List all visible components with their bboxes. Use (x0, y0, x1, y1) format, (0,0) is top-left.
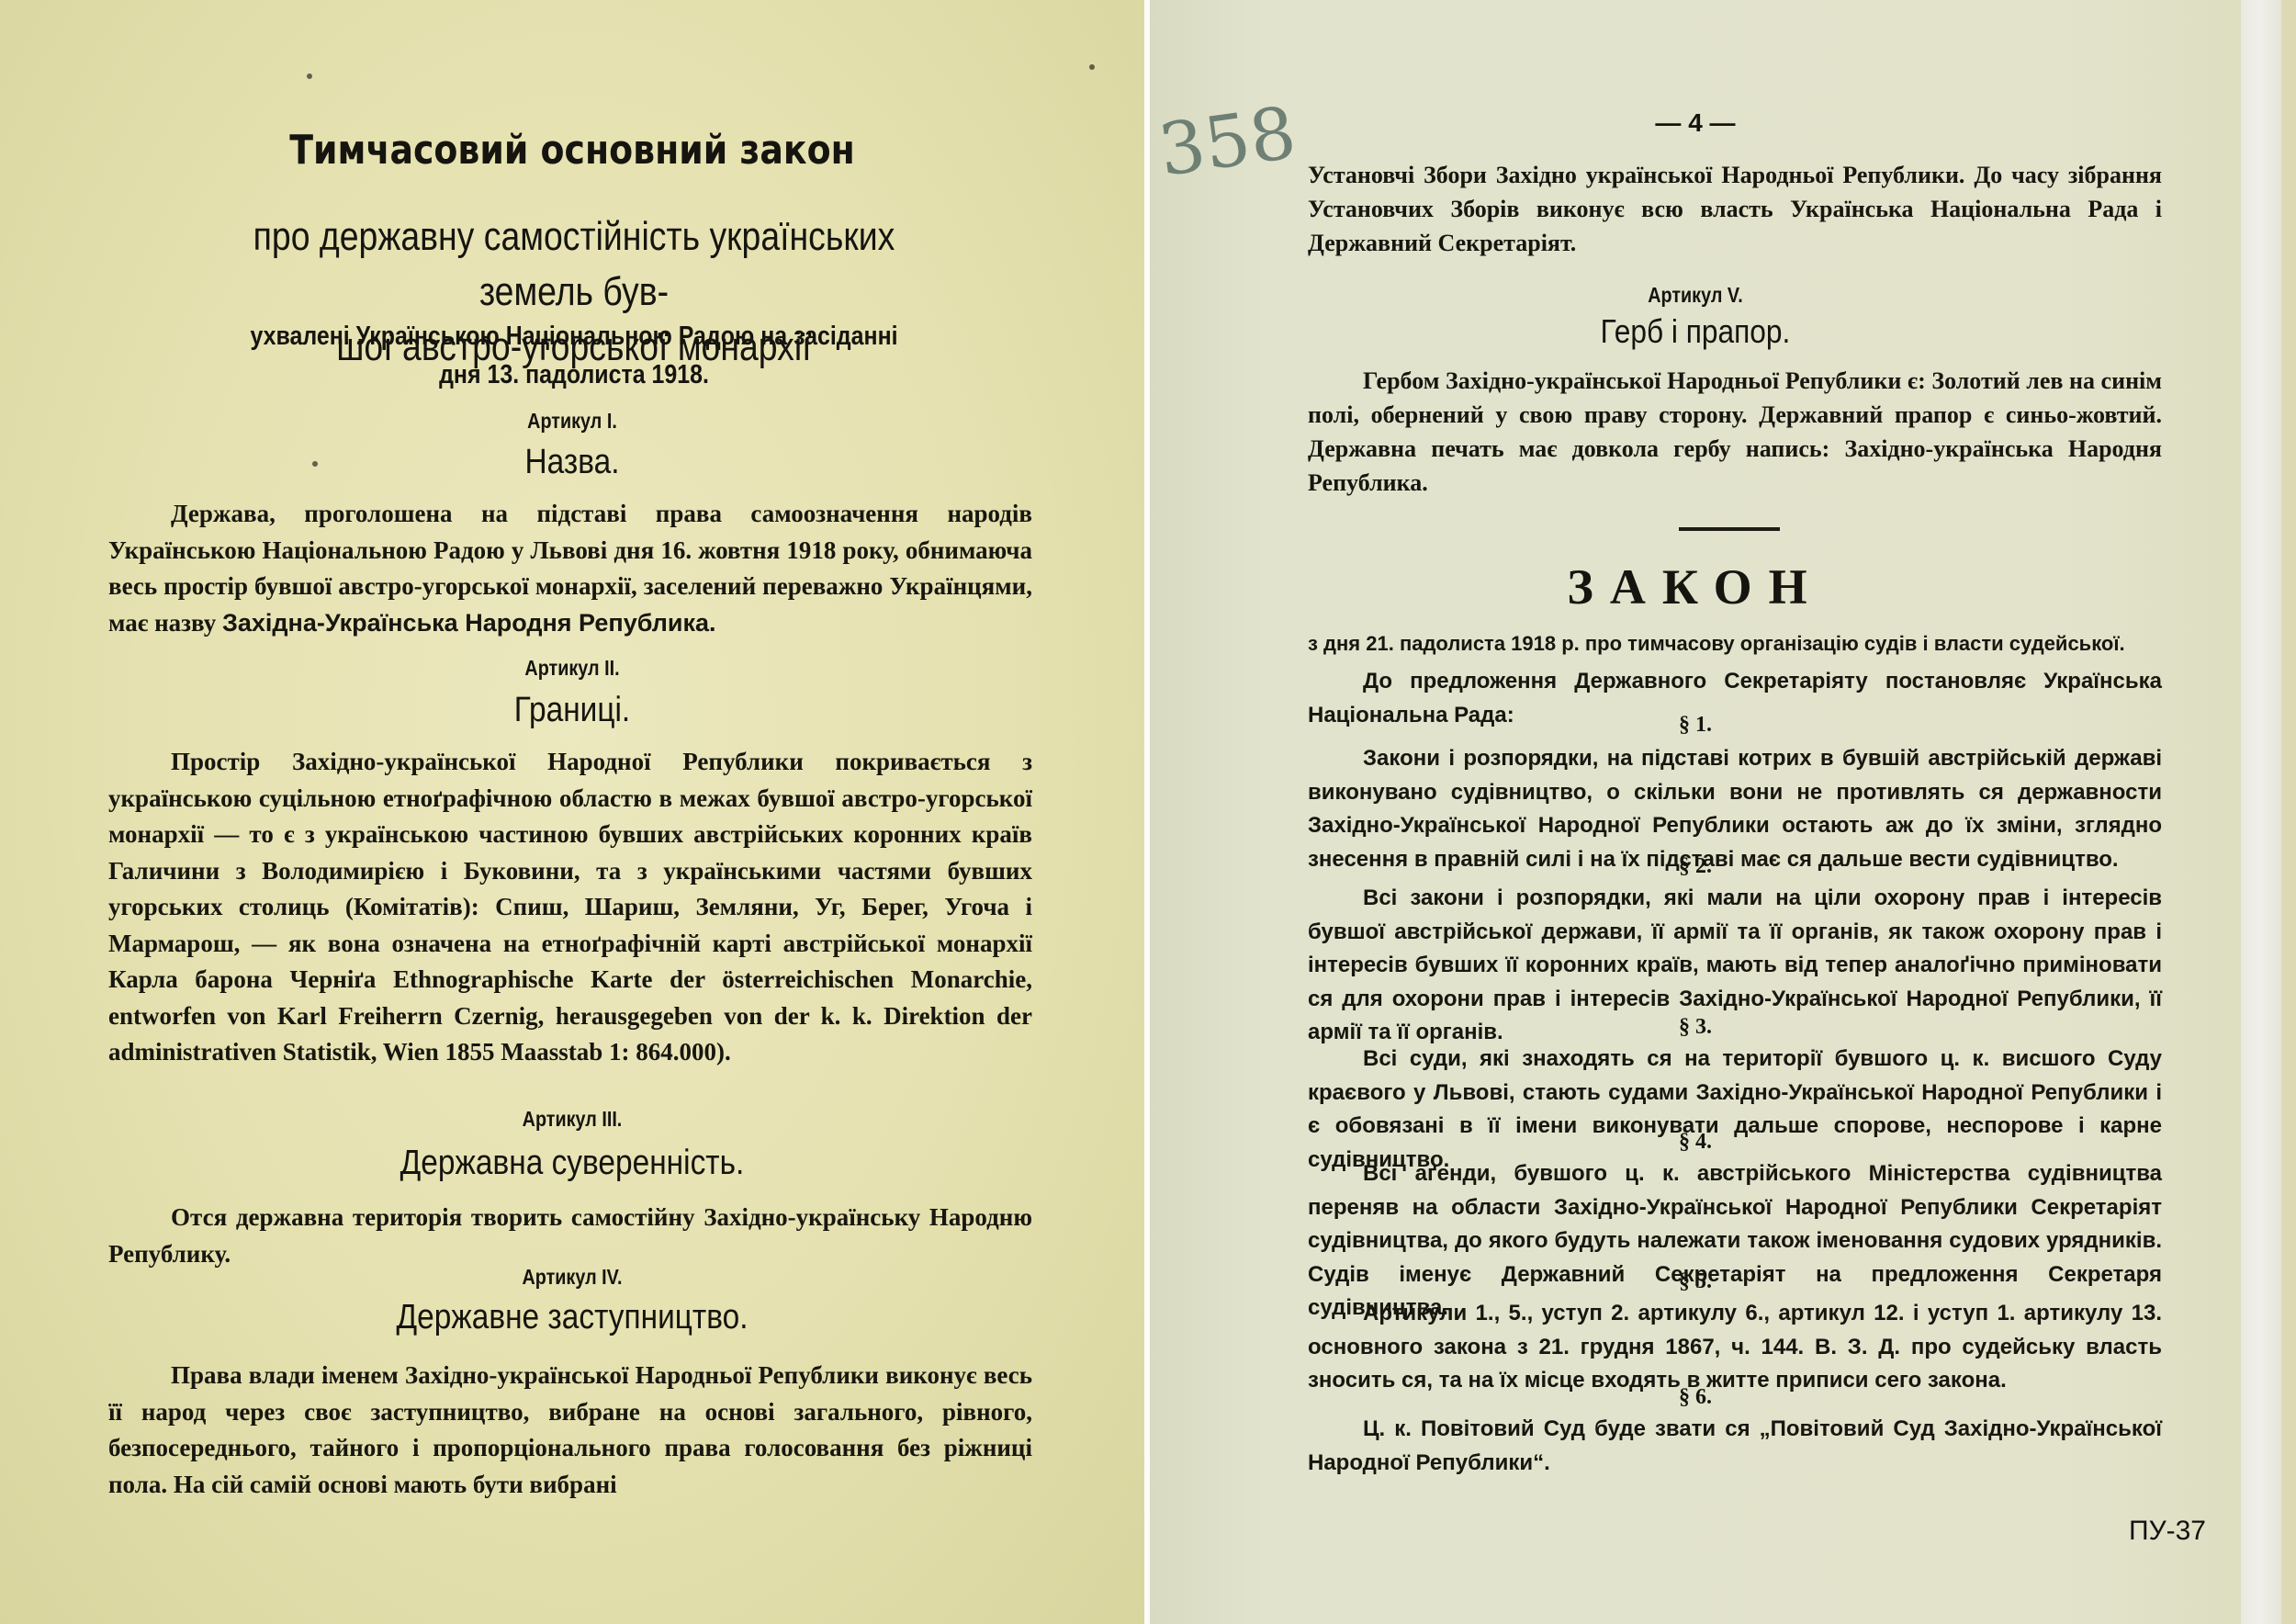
section-6-mark: § 6. (1150, 1385, 2241, 1410)
page-number: — 4 — (1150, 108, 2241, 138)
section-4-mark: § 4. (1150, 1130, 2241, 1155)
article-4-heading: Державне заступництво. (69, 1298, 1075, 1337)
article-3-body: Отся державна територія творить самостій… (108, 1203, 1032, 1268)
section-1-mark: § 1. (1150, 713, 2241, 738)
section-2-mark: § 2. (1150, 854, 2241, 879)
republic-name-emphasis: Західна-Українська Народня Република. (222, 609, 716, 637)
page-edge-strip (2241, 0, 2281, 1624)
law-title: ЗАКОН (1150, 558, 2241, 615)
page-edge-background (2281, 0, 2296, 1624)
paper-speck (307, 73, 312, 79)
section-6-body: Ц. к. Повітовий Суд буде звати ся „Повіт… (1308, 1416, 2162, 1475)
article-1-label: Артикул I. (80, 409, 1064, 434)
archive-label: ПУ-37 (2129, 1516, 2206, 1547)
article-4-text: Права влади іменем Західно-української Н… (108, 1358, 1032, 1503)
adoption-note: ухвалені Українською Національною Радою … (199, 317, 950, 394)
article-5-text: Гербом Західно-української Народньої Реп… (1308, 364, 2162, 500)
section-6-text: Ц. к. Повітовий Суд буде звати ся „Повіт… (1308, 1413, 2162, 1480)
paper-speck (1089, 64, 1095, 70)
article-3-label: Артикул III. (80, 1107, 1064, 1132)
section-3-mark: § 3. (1150, 1015, 2241, 1040)
section-5-mark: § 5. (1150, 1269, 2241, 1294)
continuation-text: Установчі Збори Західно української Наро… (1308, 158, 2162, 260)
section-5-body: Артикули 1., 5., уступ 2. артикулу 6., а… (1308, 1301, 2162, 1393)
article-2-body: Простір Західно-української Народної Реп… (108, 748, 1032, 1066)
article-3-heading: Державна суверенність. (69, 1144, 1075, 1183)
article-5-body: Гербом Західно-української Народньої Реп… (1308, 367, 2162, 496)
section-1-body: Закони і розпорядки, на підставі котрих … (1308, 746, 2162, 872)
article-2-label: Артикул II. (80, 656, 1064, 681)
left-page: Тимчасовий основний закон про державну с… (0, 0, 1144, 1624)
article-3-text: Отся державна територія творить самостій… (108, 1200, 1032, 1272)
article-1-heading: Назва. (69, 443, 1075, 482)
article-4-body: Права влади іменем Західно-української Н… (108, 1361, 1032, 1498)
article-5-heading: Герб і прапор. (1215, 312, 2175, 351)
article-4-label: Артикул IV. (80, 1265, 1064, 1290)
adoption-line: ухвалені Українською Національною Радою … (199, 317, 950, 355)
subtitle-line: про державну самостійність українських з… (203, 209, 945, 320)
adoption-line: дня 13. падолиста 1918. (199, 355, 950, 394)
article-2-heading: Границі. (69, 691, 1075, 730)
section-5-text: Артикули 1., 5., уступ 2. артикулу 6., а… (1308, 1297, 2162, 1398)
article-5-label: Артикул V. (1226, 283, 2165, 308)
article-1-text: Держава, проголошена на підставі права с… (108, 496, 1032, 641)
law-subtitle: з дня 21. падолиста 1918 р. про тимчасов… (1308, 627, 2162, 661)
article-2-text: Простір Західно-української Народної Реп… (108, 744, 1032, 1071)
section-divider (1679, 527, 1780, 531)
document-title: Тимчасовий основний закон (80, 127, 1064, 174)
